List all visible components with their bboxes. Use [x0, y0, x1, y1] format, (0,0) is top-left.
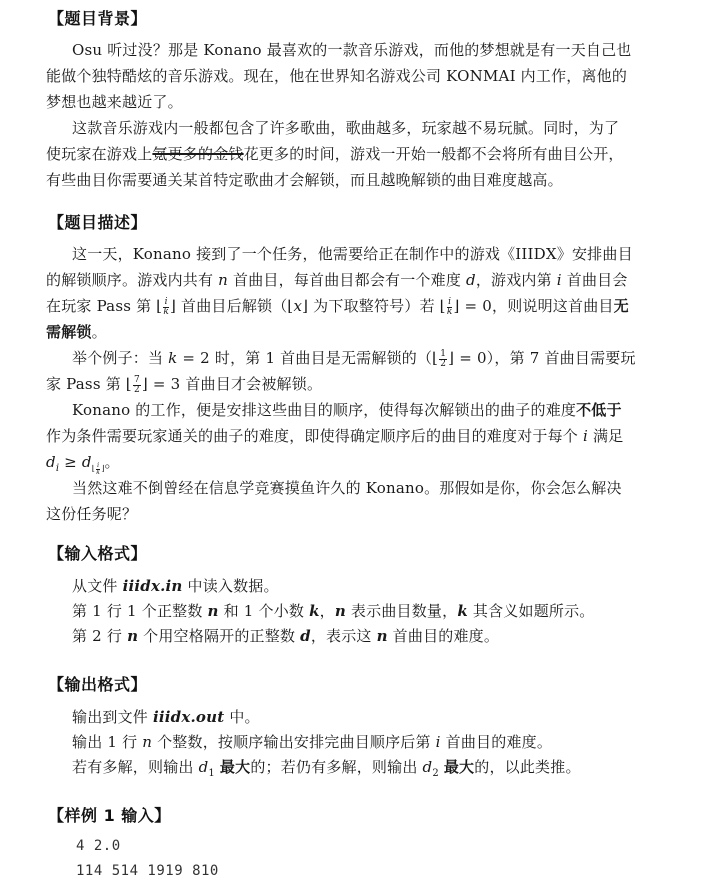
text: 第 1 行 1 个正整数: [72, 602, 208, 620]
math-var: d: [46, 453, 56, 471]
description-p3-line3: di ≥ d⌊ik⌋。: [46, 452, 656, 479]
text: 若有多解，则输出: [72, 758, 199, 776]
input-line3: 第 2 行 n 个用空格隔开的正整数 d，表示这 n 首曲目的难度。: [72, 626, 682, 646]
text: 举个例子：当: [72, 349, 168, 367]
text: 首曲目的难度。: [388, 627, 499, 645]
math-var: n: [208, 602, 219, 620]
bold-text: 需解锁: [46, 323, 92, 341]
description-p1-line3: 在玩家 Pass 第 ⌊ik⌋ 首曲目后解锁（⌊x⌋ 为下取整符号）若 ⌊ik⌋…: [46, 296, 656, 317]
sample-input-line1: 4 2.0: [76, 838, 121, 854]
text: 中读入数据。: [183, 577, 279, 595]
text: 输出 1 行: [72, 733, 142, 751]
text: 在玩家 Pass 第: [46, 297, 156, 315]
text: 。: [92, 323, 107, 341]
output-line1: 输出到文件 iiidx.out 中。: [72, 707, 682, 727]
text: 表示曲目数量，: [346, 602, 457, 620]
text: 和 1 个小数: [219, 602, 309, 620]
text: 个用空格隔开的正整数: [138, 627, 300, 645]
bold-text: 不低于: [576, 401, 622, 419]
sample-input-line2: 114 514 1919 810: [76, 863, 219, 879]
text: 作为条件需要玩家通关的曲子的难度，即使得确定顺序后的曲目的难度对于每个: [46, 427, 583, 445]
strikethrough-text: 氪更多的金钱: [152, 145, 243, 163]
subscript: 1: [208, 768, 215, 779]
math-var: d: [423, 758, 433, 776]
description-p1-line4: 需解锁。: [46, 322, 656, 342]
text: 使玩家在游戏上: [46, 145, 152, 163]
math-var: d: [466, 271, 476, 289]
background-p1-line1: Osu 听过没？那是 Konano 最喜欢的一款音乐游戏，而他的梦想就是有一天自…: [72, 40, 682, 60]
background-p2-line3: 有些曲目你需要通关某首特定歌曲才会解锁，而且越晚解锁的曲目难度越高。: [46, 170, 656, 190]
math-var: n: [127, 627, 138, 645]
math-expr: ≥ d: [59, 453, 92, 471]
text: 从文件: [72, 577, 123, 595]
background-p2-line1: 这款音乐游戏内一般都包含了许多歌曲，歌曲越多，玩家越不易玩腻。同时，为了: [72, 118, 682, 138]
heading-output-format: 【输出格式】: [48, 672, 147, 695]
text: 为下取整符号）若: [308, 297, 440, 315]
text: = 3 首曲目才会被解锁。: [148, 375, 322, 393]
fraction: 12: [439, 350, 447, 369]
heading-description: 【题目描述】: [48, 210, 147, 233]
text: ，表示这: [311, 627, 377, 645]
text: 。: [105, 453, 120, 471]
background-p1-line2: 能做个独特酷炫的音乐游戏。现在，他在世界知名游戏公司 KONMAI 内工作，离他…: [46, 66, 656, 86]
text: 首曲目，每首曲目都会有一个难度: [228, 271, 466, 289]
input-line2: 第 1 行 1 个正整数 n 和 1 个小数 k，n 表示曲目数量，k 其含义如…: [72, 601, 682, 621]
text: = 0，则说明这首曲目: [460, 297, 614, 315]
text: 输出到文件: [72, 708, 153, 726]
text: Konano 的工作，便是安排这些曲目的顺序，使得每次解锁出的曲子的难度: [72, 401, 576, 419]
text: 第 2 行: [72, 627, 127, 645]
description-p2-line2: 家 Pass 第 ⌊72⌋ = 3 首曲目才会被解锁。: [46, 374, 656, 395]
text: ，: [320, 602, 335, 620]
math-var: x: [293, 297, 302, 315]
background-p1-line3: 梦想也越来越近了。: [46, 92, 656, 112]
text: 的解锁顺序。游戏内共有: [46, 271, 218, 289]
description-p3-line1: Konano 的工作，便是安排这些曲目的顺序，使得每次解锁出的曲子的难度不低于: [72, 400, 682, 420]
text: = 2 时，第 1 首曲目是无需解锁的（: [177, 349, 432, 367]
math-var: n: [335, 602, 346, 620]
math-var: d: [300, 627, 311, 645]
input-line1: 从文件 iiidx.in 中读入数据。: [72, 576, 682, 596]
text: 其含义如题所示。: [468, 602, 595, 620]
text: 的；若仍有多解，则输出: [250, 758, 422, 776]
text: 个整数，按顺序输出安排完曲目顺序后第: [152, 733, 436, 751]
bold-text: 最大: [220, 758, 250, 776]
text: = 0），第 7 首曲目需要玩: [454, 349, 635, 367]
text: 家 Pass 第: [46, 375, 126, 393]
output-line2: 输出 1 行 n 个整数，按顺序输出安排完曲目顺序后第 i 首曲目的难度。: [72, 732, 682, 752]
description-p3-line2: 作为条件需要玩家通关的曲子的难度，即使得确定顺序后的曲目的难度对于每个 i 满足: [46, 426, 656, 446]
bold-text: 无: [614, 297, 629, 315]
text: 首曲目的难度。: [441, 733, 552, 751]
math-var: k: [457, 602, 468, 620]
math-var: n: [142, 733, 152, 751]
text: ，游戏内第: [476, 271, 557, 289]
filename: iiidx.in: [123, 577, 183, 595]
fraction: ik: [163, 298, 169, 317]
text: 满足: [588, 427, 623, 445]
text: 首曲目后解锁（: [176, 297, 287, 315]
text: 花更多的时间，游戏一开始一般都不会将所有曲目公开，: [244, 145, 624, 163]
math-var: d: [199, 758, 209, 776]
description-p1-line2: 的解锁顺序。游戏内共有 n 首曲目，每首曲目都会有一个难度 d，游戏内第 i 首…: [46, 270, 656, 290]
math-var: n: [377, 627, 388, 645]
fraction: 72: [133, 376, 141, 395]
description-p2-line1: 举个例子：当 k = 2 时，第 1 首曲目是无需解锁的（⌊12⌋ = 0），第…: [72, 348, 682, 369]
description-p4-line2: 这份任务呢？: [46, 504, 656, 524]
subscript: 2: [432, 768, 439, 779]
floor-left: ⌊: [156, 297, 162, 315]
description-p1-line1: 这一天，Konano 接到了一个任务，他需要给正在制作中的游戏《IIIDX》安排…: [72, 244, 682, 264]
description-p4-line1: 当然这难不倒曾经在信息学竞赛摸鱼许久的 Konano。那假如是你，你会怎么解决: [72, 478, 682, 498]
fraction: ik: [447, 298, 453, 317]
text: 中。: [224, 708, 259, 726]
math-var: k: [309, 602, 320, 620]
text: 首曲目会: [562, 271, 628, 289]
background-p2-line2: 使玩家在游戏上氪更多的金钱花更多的时间，游戏一开始一般都不会将所有曲目公开，: [46, 144, 656, 164]
heading-background: 【题目背景】: [48, 6, 147, 29]
heading-input-format: 【输入格式】: [48, 541, 147, 564]
output-line3: 若有多解，则输出 d1 最大的；若仍有多解，则输出 d2 最大的，以此类推。: [72, 757, 682, 784]
filename: iiidx.out: [153, 708, 224, 726]
text: 的，以此类推。: [474, 758, 580, 776]
math-var: n: [218, 271, 228, 289]
bold-text: 最大: [444, 758, 474, 776]
subscript-floor: ⌊ik⌋: [92, 464, 105, 473]
heading-sample-input: 【样例 1 输入】: [48, 803, 171, 826]
